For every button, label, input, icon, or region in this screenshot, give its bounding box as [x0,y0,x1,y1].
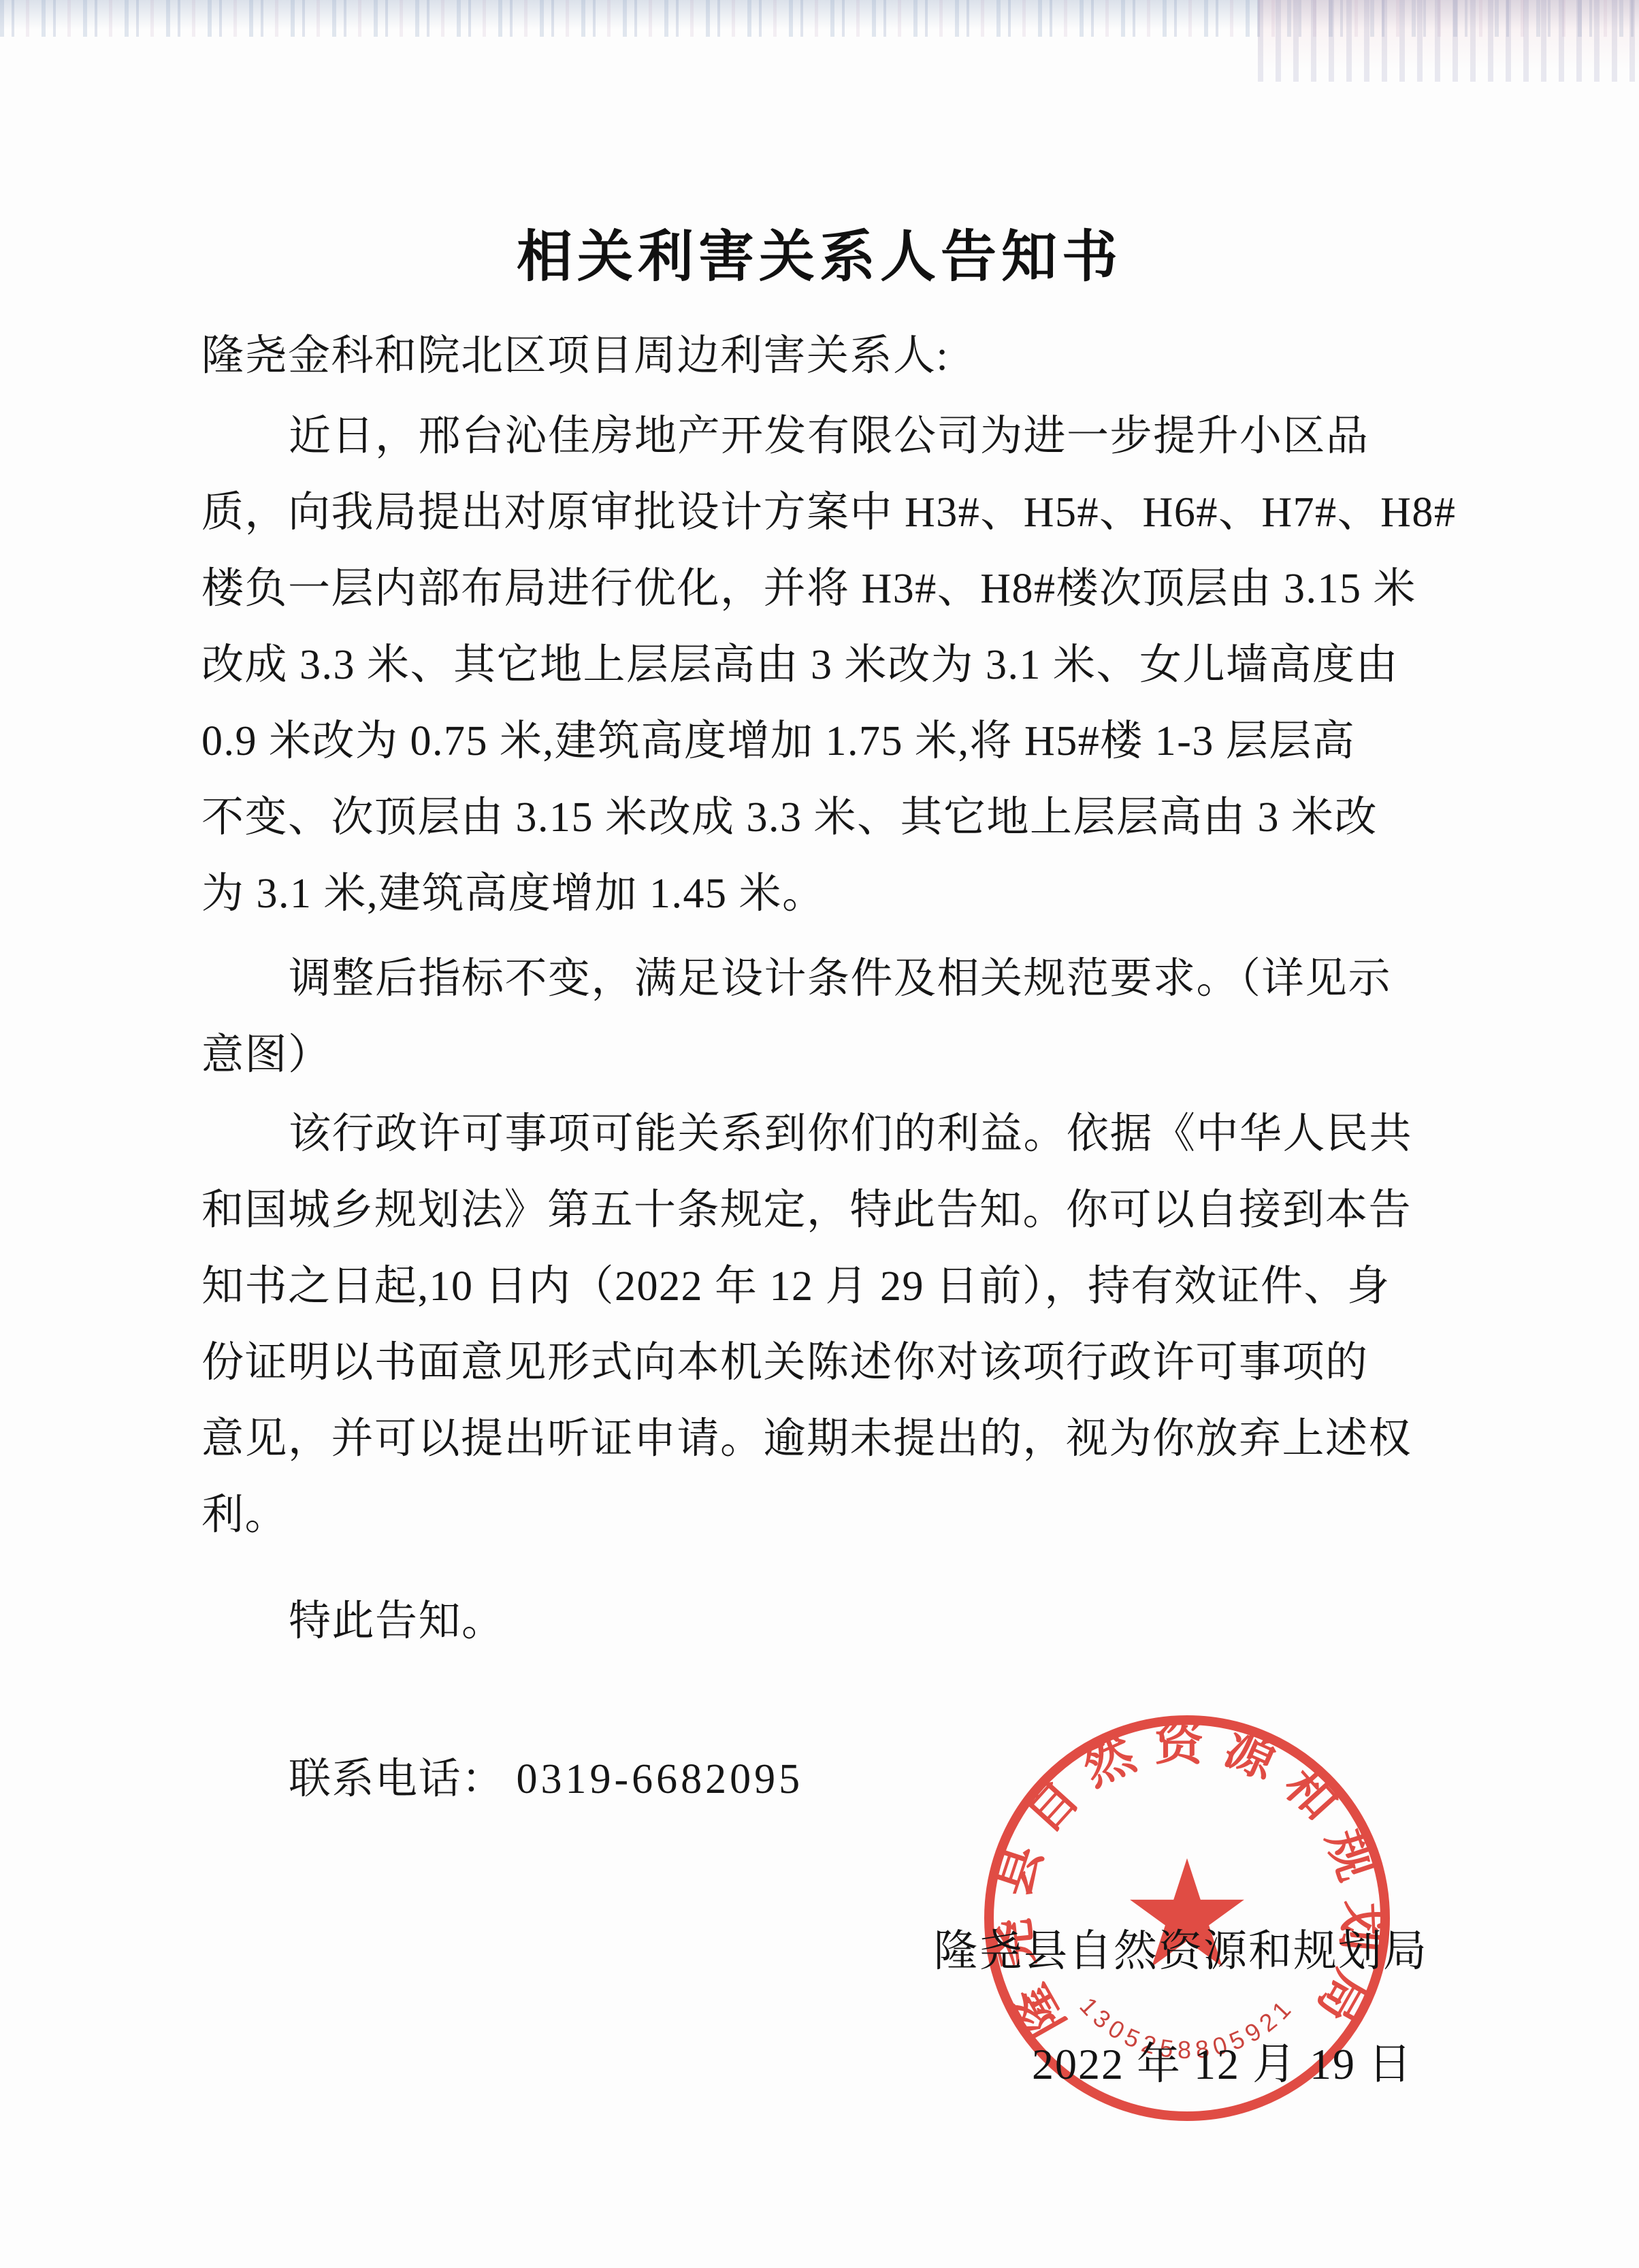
body-line: 楼负一层内部布局进行优化，并将 H3#、H8#楼次顶层由 3.15 米 [201,566,1416,613]
body-line: 调整后指标不变，满足设计条件及相关规范要求。（详见示 [289,956,1391,1003]
contact-label: 联系电话： [289,1756,505,1802]
closing-line: 特此告知。 [289,1598,505,1645]
scan-noise-top-right [1258,0,1639,82]
notice-document-page: 相关利害关系人告知书 隆尧金科和院北区项目周边利害关系人: 近日，邢台沁佳房地产… [0,0,1639,2268]
body-line: 意图） [201,1032,331,1079]
body-line: 为 3.1 米,建筑高度增加 1.45 米。 [201,871,826,918]
body-line: 质，向我局提出对原审批设计方案中 H3#、H5#、H6#、H7#、H8# [201,489,1456,536]
body-line: 知书之日起,10 日内（2022 年 12 月 29 日前），持有效证件、身 [201,1263,1391,1310]
body-line: 近日，邢台沁佳房地产开发有限公司为进一步提升小区品 [289,413,1369,460]
body-line: 改成 3.3 米、其它地上层层高由 3 米改为 3.1 米、女儿墙高度由 [201,642,1399,689]
body-line: 和国城乡规划法》第五十条规定，特此告知。你可以自接到本告 [201,1187,1412,1234]
body-line: 份证明以书面意见形式向本机关陈述你对该项行政许可事项的 [201,1340,1369,1387]
contact-phone-number: 0319-6682095 [517,1756,804,1802]
signature-date: 2022 年 12 月 19 日 [1032,2029,1413,2092]
salutation-line: 隆尧金科和院北区项目周边利害关系人: [201,333,949,380]
page-title: 相关利害关系人告知书 [0,212,1639,292]
contact-phone-line: 联系电话： 0319-6682095 [289,1756,803,1803]
body-line: 不变、次顶层由 3.15 米改成 3.3 米、其它地上层层高由 3 米改 [201,794,1378,841]
body-line: 利。 [201,1492,288,1539]
body-line: 0.9 米改为 0.75 米,建筑高度增加 1.75 米,将 H5#楼 1-3 … [201,718,1355,765]
body-line: 该行政许可事项可能关系到你们的利益。依据《中华人民共 [289,1111,1412,1158]
signature-agency: 隆尧县自然资源和规划局 [934,1916,1428,1979]
body-line: 意见，并可以提出听证申请。逾期未提出的，视为你放弃上述权 [201,1416,1412,1463]
